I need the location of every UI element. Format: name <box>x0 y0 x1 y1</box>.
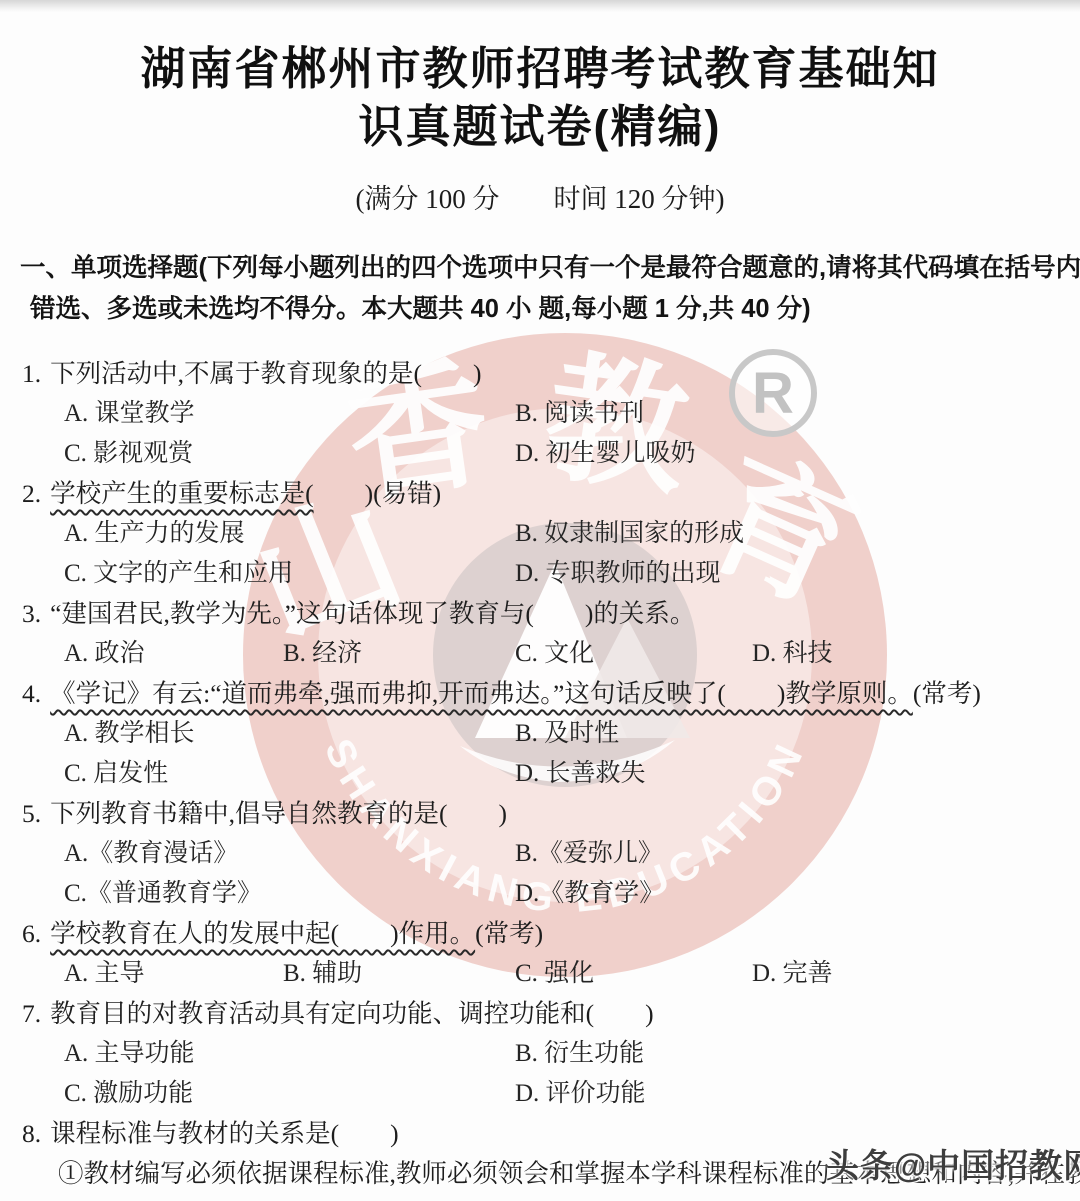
option-a: A.《教育漫话》 <box>64 834 515 874</box>
toutiao-source-watermark: 头条@中国招教网 <box>826 1140 1080 1187</box>
exam-score-time-subtitle: (满分 100 分 时间 120 分钟) <box>0 182 1080 216</box>
option-d: D.《教育学》 <box>515 874 1080 914</box>
title-line-1: 湖南省郴州市教师招聘考试教育基础知 <box>140 43 939 94</box>
question-stem: 下列活动中,不属于教育现象的是( ) <box>50 359 481 388</box>
option-b: B. 经济 <box>283 634 515 674</box>
option-a: A. 主导功能 <box>64 1034 515 1074</box>
question-number: 3. <box>22 599 41 628</box>
question-stem: 课程标准与教材的关系是( ) <box>50 1119 398 1148</box>
exam-content: 湖南省郴州市教师招聘考试教育基础知 识真题试卷(精编) (满分 100 分 时间… <box>0 0 1080 1201</box>
question-2: 2.学校产生的重要标志是( )(易错) A. 生产力的发展 B. 奴隶制国家的形… <box>0 474 1080 594</box>
option-a: A. 政治 <box>64 634 283 674</box>
option-c: C. 文化 <box>515 634 752 674</box>
option-b: B. 阅读书刊 <box>515 394 1080 434</box>
options: A. 生产力的发展 B. 奴隶制国家的形成 C. 文字的产生和应用 D. 专职教… <box>0 514 1080 594</box>
question-4: 4.《学记》有云:“道而弗牵,强而弗抑,开而弗达。”这句话反映了( )教学原则。… <box>0 674 1080 794</box>
section-header: 一、单项选择题(下列每小题列出的四个选项中只有一个是最符合题意的,请将其代码填在… <box>0 248 1080 330</box>
option-c: C. 启发性 <box>64 754 515 794</box>
title-line-2: 识真题试卷(精编) <box>359 101 722 152</box>
option-b: B. 奴隶制国家的形成 <box>515 514 1080 554</box>
option-d: D. 长善救失 <box>515 754 1080 794</box>
option-b: B. 及时性 <box>515 714 1080 754</box>
question-number: 6. <box>22 919 41 948</box>
question-stem: 下列教育书籍中,倡导自然教育的是( ) <box>50 799 507 828</box>
option-a: A. 主导 <box>64 954 283 994</box>
options: A. 教学相长 B. 及时性 C. 启发性 D. 长善救失 <box>0 714 1080 794</box>
question-text: 1.下列活动中,不属于教育现象的是( ) <box>0 354 1080 394</box>
section-header-line-2: 错选、多选或未选均不得分。本大题共 40 小 题,每小题 1 分,共 40 分) <box>20 289 1068 330</box>
page-title: 湖南省郴州市教师招聘考试教育基础知 识真题试卷(精编) <box>0 0 1080 156</box>
question-number: 4. <box>22 679 41 708</box>
question-number: 5. <box>22 799 41 828</box>
question-text: 7.教育目的对教育活动具有定向功能、调控功能和( ) <box>0 994 1080 1034</box>
scan-edge-shadow <box>0 0 1080 12</box>
option-c: C.《普通教育学》 <box>64 874 515 914</box>
question-5: 5.下列教育书籍中,倡导自然教育的是( ) A.《教育漫话》 B.《爱弥儿》 C… <box>0 794 1080 914</box>
question-number: 2. <box>22 479 41 508</box>
options: A. 课堂教学 B. 阅读书刊 C. 影视观赏 D. 初生婴儿吸奶 <box>0 394 1080 474</box>
question-number: 1. <box>22 359 41 388</box>
option-b: B. 辅助 <box>283 954 515 994</box>
option-a: A. 生产力的发展 <box>64 514 515 554</box>
question-text: 2.学校产生的重要标志是( )(易错) <box>0 474 1080 514</box>
question-7: 7.教育目的对教育活动具有定向功能、调控功能和( ) A. 主导功能 B. 衍生… <box>0 994 1080 1114</box>
question-6: 6.学校教育在人的发展中起( )作用。(常考) A. 主导 B. 辅助 C. 强… <box>0 914 1080 994</box>
option-d: D. 完善 <box>752 954 1080 994</box>
option-c: C. 文字的产生和应用 <box>64 554 515 594</box>
question-number: 7. <box>22 999 41 1028</box>
option-b: B.《爱弥儿》 <box>515 834 1080 874</box>
question-stem: 教育目的对教育活动具有定向功能、调控功能和( ) <box>50 999 654 1028</box>
question-1: 1.下列活动中,不属于教育现象的是( ) A. 课堂教学 B. 阅读书刊 C. … <box>0 354 1080 474</box>
question-text: 5.下列教育书籍中,倡导自然教育的是( ) <box>0 794 1080 834</box>
option-d: D. 专职教师的出现 <box>515 554 1080 594</box>
options: A. 政治 B. 经济 C. 文化 D. 科技 <box>0 634 1080 674</box>
option-b: B. 衍生功能 <box>515 1034 1080 1074</box>
question-tag: (常考) <box>913 679 981 708</box>
exam-paper-page: 山 香 教 育 SHANXIANG EDUCATION R 湖南省郴州市教师招聘… <box>0 0 1080 1201</box>
question-text: 6.学校教育在人的发展中起( )作用。(常考) <box>0 914 1080 954</box>
question-list: 1.下列活动中,不属于教育现象的是( ) A. 课堂教学 B. 阅读书刊 C. … <box>0 354 1080 1194</box>
option-d: D. 科技 <box>752 634 1080 674</box>
option-a: A. 教学相长 <box>64 714 515 754</box>
option-a: A. 课堂教学 <box>64 394 515 434</box>
option-c: C. 激励功能 <box>64 1074 515 1114</box>
option-d: D. 评价功能 <box>515 1074 1080 1114</box>
option-c: C. 强化 <box>515 954 752 994</box>
question-tag: )(易错) <box>314 479 441 508</box>
option-c: C. 影视观赏 <box>64 434 515 474</box>
question-number: 8. <box>22 1119 41 1148</box>
question-tag: (常考) <box>475 919 543 948</box>
question-stem-underlined: 学校教育在人的发展中起( )作用。 <box>50 919 475 948</box>
question-text: 4.《学记》有云:“道而弗牵,强而弗抑,开而弗达。”这句话反映了( )教学原则。… <box>0 674 1080 714</box>
option-d: D. 初生婴儿吸奶 <box>515 434 1080 474</box>
question-stem-underlined: 学校产生的重要标志是( <box>50 479 314 508</box>
options: A. 主导 B. 辅助 C. 强化 D. 完善 <box>0 954 1080 994</box>
options: A.《教育漫话》 B.《爱弥儿》 C.《普通教育学》 D.《教育学》 <box>0 834 1080 914</box>
options: A. 主导功能 B. 衍生功能 C. 激励功能 D. 评价功能 <box>0 1034 1080 1114</box>
question-3: 3.“建国君民,教学为先。”这句话体现了教育与( )的关系。 A. 政治 B. … <box>0 594 1080 674</box>
question-text: 3.“建国君民,教学为先。”这句话体现了教育与( )的关系。 <box>0 594 1080 634</box>
section-header-line-1: 一、单项选择题(下列每小题列出的四个选项中只有一个是最符合题意的,请将其代码填在… <box>20 248 1068 289</box>
question-stem: “建国君民,教学为先。”这句话体现了教育与( )的关系。 <box>50 599 695 628</box>
question-stem-underlined: 《学记》有云:“道而弗牵,强而弗抑,开而弗达。”这句话反映了( )教学原则。 <box>50 679 913 708</box>
